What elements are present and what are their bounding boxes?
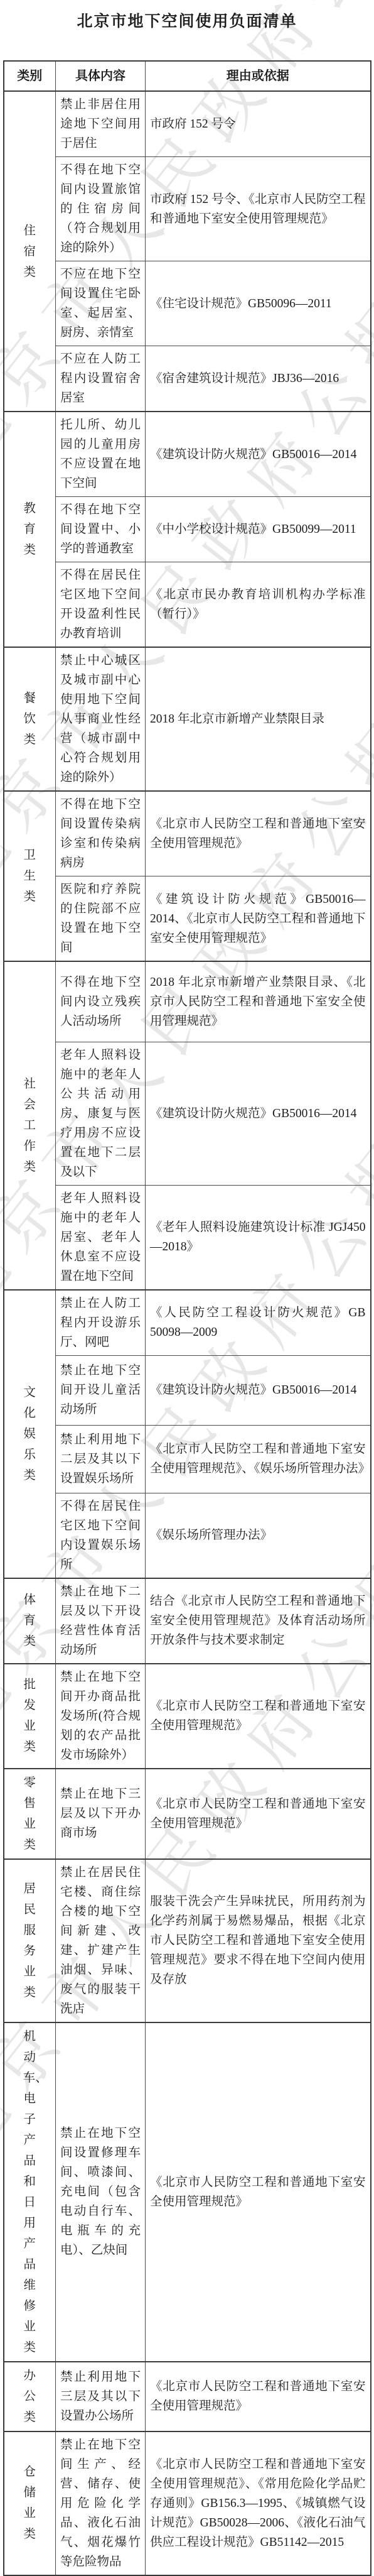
table-row: 老年人照料设施中的老年人居室、老年人休息室不应设置在地下空间 《老年人照料设施建…	[4, 1185, 371, 1290]
category-label: 卫生类	[4, 791, 56, 961]
rule-content: 禁止在地下空间开设儿童活动场所	[56, 1355, 146, 1425]
document-page: 北京市人民政府公报 北京市人民政府公报 北京市人民政府公报 北京市人民政府公报 …	[0, 0, 374, 2576]
rule-content: 禁止在地下三层及以下开办商市场	[56, 1769, 146, 1859]
rule-basis: 《建筑设计防火规范》GB50016—2014、《北京市人民防空工程和普通地下室安…	[146, 876, 371, 962]
table-row: 医院和疗养院的住院部不应设置在地下空间 《建筑设计防火规范》GB50016—20…	[4, 876, 371, 962]
rule-basis: 2018 年北京市新增产业禁限目录	[146, 647, 371, 791]
category-label-text: 餐饮类	[23, 688, 36, 750]
category-label-text: 文化娱乐类	[23, 1382, 36, 1486]
rule-content: 禁止非居住用途地下空间用于居住	[56, 91, 146, 157]
category-label: 体育类	[4, 1578, 56, 1664]
category-label-text: 零售业类	[23, 1772, 36, 1855]
table-row: 社会工作类 不得在地下空间内设立残疾人活动场所 2018 年北京市新增产业禁限目…	[4, 961, 371, 1042]
header-row: 类别 具体内容 理由或依据	[4, 61, 371, 91]
rule-content: 医院和疗养院的住院部不应设置在地下空间	[56, 876, 146, 962]
table-row: 不应在人防工程内设置宿舍居室 《宿舍建筑设计规范》JBJ36—2016	[4, 346, 371, 412]
rule-basis: 《老年人照料设施建筑设计标准 JGJ450—2018》	[146, 1185, 371, 1290]
category-section-wholesale: 批发业类 禁止在地下空间开办商品批发场所(符合规划的农产品批发市场除外） 《北京…	[4, 1664, 371, 1769]
table-row: 禁止利用地下二层及其以下设置娱乐场所 《北京市人民防空工程和普通地下室安全使用管…	[4, 1425, 371, 1493]
rule-basis: 2018 年北京市新增产业禁限目录、《北京市人民防空工程和普通地下室安全使用管理…	[146, 961, 371, 1042]
table-row: 文化娱乐类 禁止在人防工程内开设游乐厅、网吧 《人民防空工程设计防火规范》GB …	[4, 1290, 371, 1356]
rule-content: 托儿所、幼儿园的儿童用房不应设置在地下空间	[56, 412, 146, 497]
header-basis: 理由或依据	[146, 61, 371, 91]
rule-basis: 市政府 152 号令	[146, 91, 371, 157]
category-label-text: 居民服务业类	[23, 1879, 36, 2003]
category-section-social-work: 社会工作类 不得在地下空间内设立残疾人活动场所 2018 年北京市新增产业禁限目…	[4, 961, 371, 1290]
table-row: 不得在居民住宅区地下空间开设盈利性民办教育培训 《北京市民办教育培训机构办学标准…	[4, 562, 371, 648]
negative-list-table: 类别 具体内容 理由或依据 住宿类 禁止非居住用途地下空间用于居住 市政府 15…	[3, 60, 371, 2576]
category-label-text: 教育类	[23, 498, 36, 560]
rule-content: 禁止利用地下三层及其以下设置办公场所	[56, 2362, 146, 2431]
rule-content: 不应在人防工程内设置宿舍居室	[56, 346, 146, 412]
rule-basis: 《中小学校设计规范》GB50099—2011	[146, 497, 371, 562]
category-label-text: 体育类	[23, 1590, 36, 1652]
category-label: 批发业类	[4, 1664, 56, 1769]
table-row: 教育类 托儿所、幼儿园的儿童用房不应设置在地下空间 《建筑设计防火规范》GB50…	[4, 412, 371, 497]
category-label-text: 社会工作类	[23, 1074, 36, 1177]
category-label: 机动车、电子产品和日用产品维修业类	[4, 2022, 56, 2362]
category-label-text: 机动车、电子产品和日用产品维修业类	[23, 2026, 36, 2358]
category-section-vehicle-repair: 机动车、电子产品和日用产品维修业类 禁止在地下空间设置修理车间、喷漆间、充电间（…	[4, 2022, 371, 2362]
table-row: 零售业类 禁止在地下三层及以下开办商市场 《北京市人民防空工程和普通地下室安全使…	[4, 1769, 371, 1859]
category-label-text: 仓储业类	[23, 2462, 36, 2545]
category-label-text: 办公类	[23, 2366, 36, 2428]
rule-basis: 《宿舍建筑设计规范》JBJ36—2016	[146, 346, 371, 412]
table-row: 体育类 禁止在地下二层及以下开设经营性体育活动场所 结合《北京市人民防空工程和普…	[4, 1578, 371, 1664]
rule-basis: 《北京市人民防空工程和普通地下室安全使用管理规范》、《娱乐场所管理办法》	[146, 1425, 371, 1493]
category-label: 教育类	[4, 412, 56, 647]
rule-basis: 《北京市人民防空工程和普通地下室安全使用管理规范》	[146, 791, 371, 876]
table-row: 不得在居民住宅区地下空间内设置娱乐场所 《娱乐场所管理办法》	[4, 1493, 371, 1578]
category-label-text: 卫生类	[23, 845, 36, 907]
table-row: 机动车、电子产品和日用产品维修业类 禁止在地下空间设置修理车间、喷漆间、充电间（…	[4, 2022, 371, 2362]
table-row: 批发业类 禁止在地下空间开办商品批发场所(符合规划的农产品批发市场除外） 《北京…	[4, 1664, 371, 1769]
rule-content: 不得在居民住宅区地下空间开设盈利性民办教育培训	[56, 562, 146, 648]
category-section-culture-entertainment: 文化娱乐类 禁止在人防工程内开设游乐厅、网吧 《人民防空工程设计防火规范》GB …	[4, 1290, 371, 1578]
page-title: 北京市地下空间使用负面清单	[0, 0, 374, 31]
rule-content: 禁止在人防工程内开设游乐厅、网吧	[56, 1290, 146, 1356]
rule-basis: 《建筑设计防火规范》GB50016—2014	[146, 1042, 371, 1185]
rule-basis: 结合《北京市人民防空工程和普通地下室安全使用管理规范》及体育活动场所开放条件与技…	[146, 1578, 371, 1664]
category-section-retail: 零售业类 禁止在地下三层及以下开办商市场 《北京市人民防空工程和普通地下室安全使…	[4, 1769, 371, 1859]
category-section-warehousing: 仓储业类 禁止在地下空间生产、经营、储存、使用危险化学品、液化石油气、烟花爆竹等…	[4, 2431, 371, 2575]
category-section-accommodation: 住宿类 禁止非居住用途地下空间用于居住 市政府 152 号令 不得在地下空间内设…	[4, 91, 371, 412]
rule-basis: 《北京市民办教育培训机构办学标准（暂行）》	[146, 562, 371, 648]
category-section-office: 办公类 禁止利用地下三层及其以下设置办公场所 《北京市人民防空工程和普通地下室安…	[4, 2362, 371, 2431]
rule-content: 禁止在居民住宅楼、商住综合楼的地下空间新建、改建、扩建产生油烟、异味、废气的服装…	[56, 1859, 146, 2022]
category-section-catering: 餐饮类 禁止中心城区及城市副中心使用地下空间从事商业性经营（城市副中心符合规划用…	[4, 647, 371, 791]
category-label: 居民服务业类	[4, 1859, 56, 2022]
table-row: 居民服务业类 禁止在居民住宅楼、商住综合楼的地下空间新建、改建、扩建产生油烟、异…	[4, 1859, 371, 2022]
table-row: 不得在地下空间设置中、小学的普通教室 《中小学校设计规范》GB50099—201…	[4, 497, 371, 562]
rule-content: 老年人照料设施中的老年人居室、老年人休息室不应设置在地下空间	[56, 1185, 146, 1290]
category-label: 社会工作类	[4, 961, 56, 1290]
rule-content: 禁止在地下空间开办商品批发场所(符合规划的农产品批发市场除外）	[56, 1664, 146, 1769]
rule-content: 禁止中心城区及城市副中心使用地下空间从事商业性经营（城市副中心符合规划用途的除外…	[56, 647, 146, 791]
table-row: 禁止在地下空间开设儿童活动场所 《建筑设计防火规范》GB50016—2014	[4, 1355, 371, 1425]
rule-basis: 《建筑设计防火规范》GB50016—2014	[146, 412, 371, 497]
table-row: 餐饮类 禁止中心城区及城市副中心使用地下空间从事商业性经营（城市副中心符合规划用…	[4, 647, 371, 791]
rule-basis: 《北京市人民防空工程和普通地下室安全使用管理规范》、《常用危险化学品贮存通则》G…	[146, 2431, 371, 2575]
rule-basis: 《人民防空工程设计防火规范》GB 50098—2009	[146, 1290, 371, 1356]
table-row: 仓储业类 禁止在地下空间生产、经营、储存、使用危险化学品、液化石油气、烟花爆竹等…	[4, 2431, 371, 2575]
category-label: 餐饮类	[4, 647, 56, 791]
table-row: 办公类 禁止利用地下三层及其以下设置办公场所 《北京市人民防空工程和普通地下室安…	[4, 2362, 371, 2431]
rule-content: 不得在地下空间内设立残疾人活动场所	[56, 961, 146, 1042]
category-section-resident-services: 居民服务业类 禁止在居民住宅楼、商住综合楼的地下空间新建、改建、扩建产生油烟、异…	[4, 1859, 371, 2022]
rule-basis: 《北京市人民防空工程和普通地下室安全使用管理规范》	[146, 2022, 371, 2362]
rule-content: 不得在地下空间设置中、小学的普通教室	[56, 497, 146, 562]
rule-content: 不得在地下空间内设置旅馆的住宿房间（符合规划用途的除外）	[56, 157, 146, 261]
category-label: 零售业类	[4, 1769, 56, 1859]
rule-content: 不应在地下空间设置住宅卧室、起居室、厨房、亲情室	[56, 261, 146, 346]
category-label: 仓储业类	[4, 2431, 56, 2575]
rule-basis: 《北京市人民防空工程和普通地下室安全使用管理规范》	[146, 2362, 371, 2431]
rule-content: 禁止在地下空间生产、经营、储存、使用危险化学品、液化石油气、烟花爆竹等危险物品	[56, 2431, 146, 2575]
table-row: 不应在地下空间设置住宅卧室、起居室、厨房、亲情室 《住宅设计规范》GB50096…	[4, 261, 371, 346]
rule-basis: 《北京市人民防空工程和普通地下室安全使用管理规范》	[146, 1769, 371, 1859]
rule-content: 禁止在地下空间设置修理车间、喷漆间、充电间（包含电动自行车、电瓶车的充电）、乙炔…	[56, 2022, 146, 2362]
rule-content: 不得在地下空间设置传染病诊室和传染病病房	[56, 791, 146, 876]
category-label: 住宿类	[4, 91, 56, 412]
category-section-sports: 体育类 禁止在地下二层及以下开设经营性体育活动场所 结合《北京市人民防空工程和普…	[4, 1578, 371, 1664]
table-row: 不得在地下空间内设置旅馆的住宿房间（符合规划用途的除外） 市政府 152 号令、…	[4, 157, 371, 261]
rule-content: 不得在居民住宅区地下空间内设置娱乐场所	[56, 1493, 146, 1578]
rule-basis: 市政府 152 号令、《北京市人民防空工程和普通地下室安全使用管理规范》	[146, 157, 371, 261]
category-label: 办公类	[4, 2362, 56, 2431]
category-section-health: 卫生类 不得在地下空间设置传染病诊室和传染病病房 《北京市人民防空工程和普通地下…	[4, 791, 371, 961]
rule-content: 禁止在地下二层及以下开设经营性体育活动场所	[56, 1578, 146, 1664]
rule-basis: 《住宅设计规范》GB50096—2011	[146, 261, 371, 346]
header-category: 类别	[4, 61, 56, 91]
category-label-text: 批发业类	[23, 1674, 36, 1757]
table-row: 住宿类 禁止非居住用途地下空间用于居住 市政府 152 号令	[4, 91, 371, 157]
category-section-education: 教育类 托儿所、幼儿园的儿童用房不应设置在地下空间 《建筑设计防火规范》GB50…	[4, 412, 371, 647]
rule-content: 禁止利用地下二层及其以下设置娱乐场所	[56, 1425, 146, 1493]
table-row: 卫生类 不得在地下空间设置传染病诊室和传染病病房 《北京市人民防空工程和普通地下…	[4, 791, 371, 876]
category-label-text: 住宿类	[23, 221, 36, 283]
category-label: 文化娱乐类	[4, 1290, 56, 1578]
rule-basis: 《娱乐场所管理办法》	[146, 1493, 371, 1578]
table-row: 老年人照料设施中的老年人公共活动用房、康复与医疗用房不应设置在地下二层及以下 《…	[4, 1042, 371, 1185]
rule-content: 老年人照料设施中的老年人公共活动用房、康复与医疗用房不应设置在地下二层及以下	[56, 1042, 146, 1185]
rule-basis: 服装干洗会产生异味扰民，所用药剂为化学药剂属于易燃易爆品，根据《北京市人民防空工…	[146, 1859, 371, 2022]
rule-basis: 《建筑设计防火规范》GB50016—2014	[146, 1355, 371, 1425]
header-content: 具体内容	[56, 61, 146, 91]
rule-basis: 《北京市人民防空工程和普通地下室安全使用管理规范》	[146, 1664, 371, 1769]
